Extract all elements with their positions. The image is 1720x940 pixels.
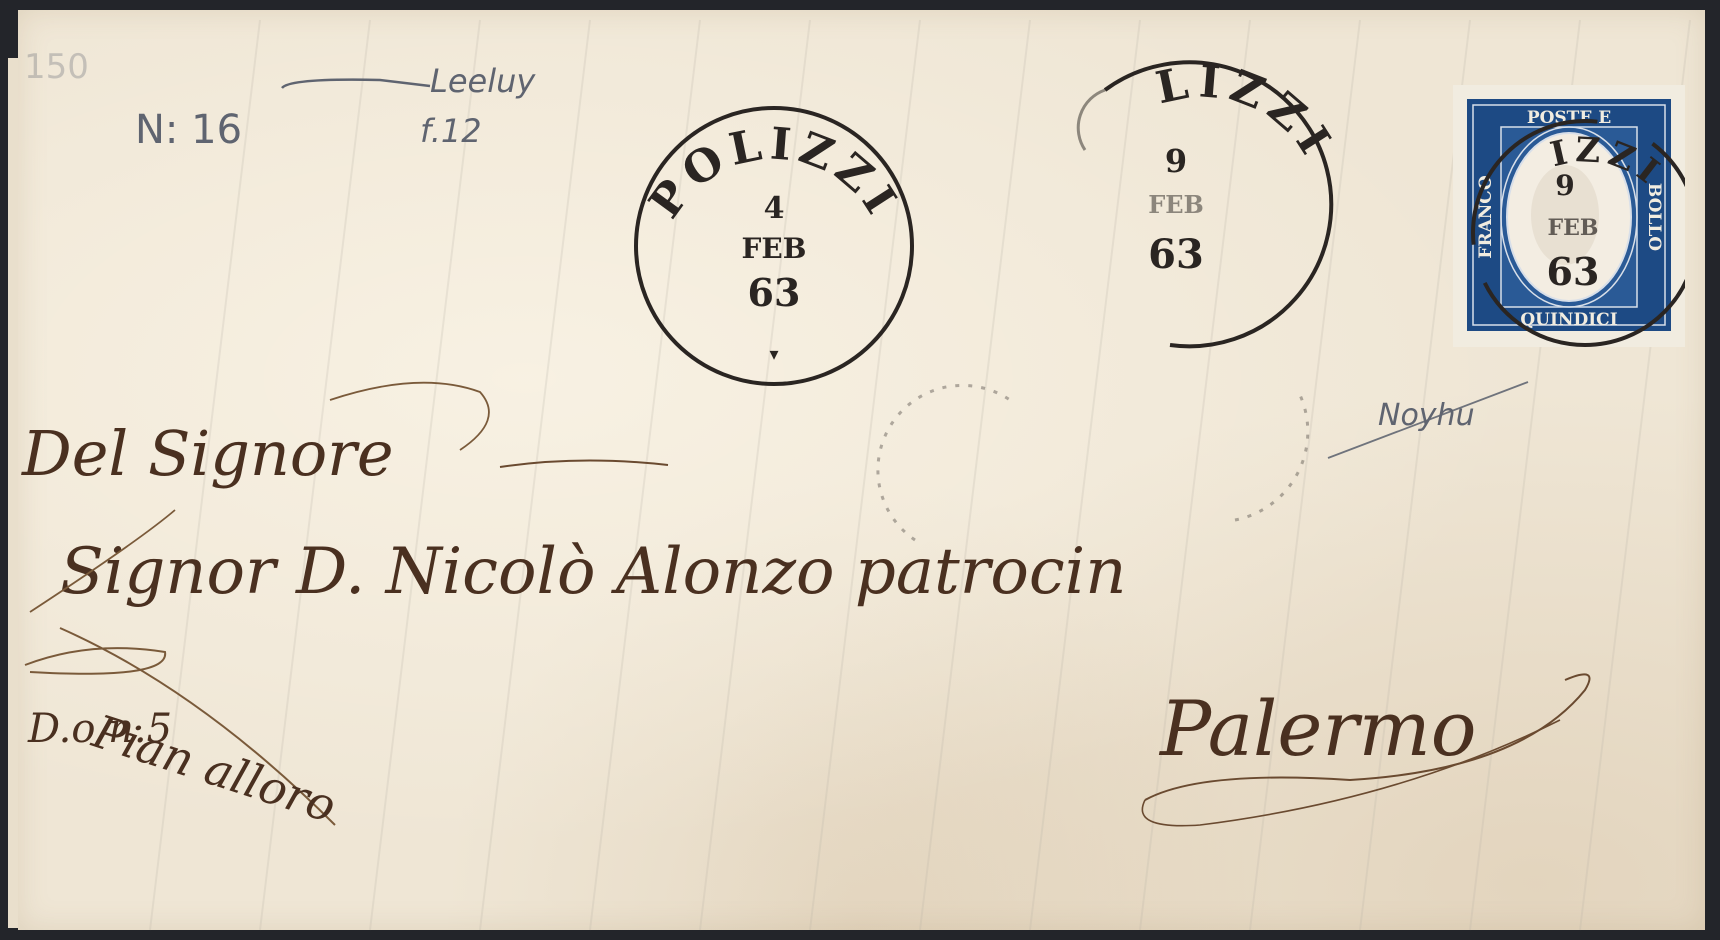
pencil-note-number: N: 16 <box>135 107 242 153</box>
pencil-note-faint: 150 <box>24 47 89 87</box>
stamp-bottom-text: QUINDICI <box>1520 310 1617 330</box>
docket-line-2: D.o n.5 <box>27 706 172 752</box>
svg-text:63: 63 <box>748 270 801 315</box>
svg-text:9: 9 <box>1555 169 1574 202</box>
svg-text:9: 9 <box>1165 142 1187 180</box>
svg-text:FEB: FEB <box>1148 190 1204 219</box>
svg-text:63: 63 <box>1547 249 1600 294</box>
address-line-2: Signor D. Nicolò Alonzo patrocin <box>60 535 1126 609</box>
svg-text:63: 63 <box>1148 231 1204 278</box>
address-line-3: Palermo <box>1158 684 1476 773</box>
pencil-flourish <box>282 80 430 88</box>
stamp-15-centesimi: POSTE E QUINDICI FRANCO BOLLO IZZI 9 FEB… <box>1453 85 1685 347</box>
postmark-polizzi-1: POLIZZI 4 FEB 63 ▾ <box>636 108 912 384</box>
stamp-left-text: FRANCO <box>1476 175 1496 258</box>
svg-text:FEB: FEB <box>1548 215 1599 241</box>
svg-text:4: 4 <box>764 191 785 226</box>
pencil-right-signature: Noyhu <box>1378 398 1475 433</box>
svg-text:▾: ▾ <box>769 344 778 365</box>
svg-text:FEB: FEB <box>742 232 807 265</box>
pencil-sub-note: f.12 <box>420 112 482 150</box>
stamp-top-text: POSTE E <box>1527 108 1611 128</box>
pencil-signature: Leeluy <box>430 62 536 100</box>
address-line-1: Del Signore <box>21 417 394 490</box>
